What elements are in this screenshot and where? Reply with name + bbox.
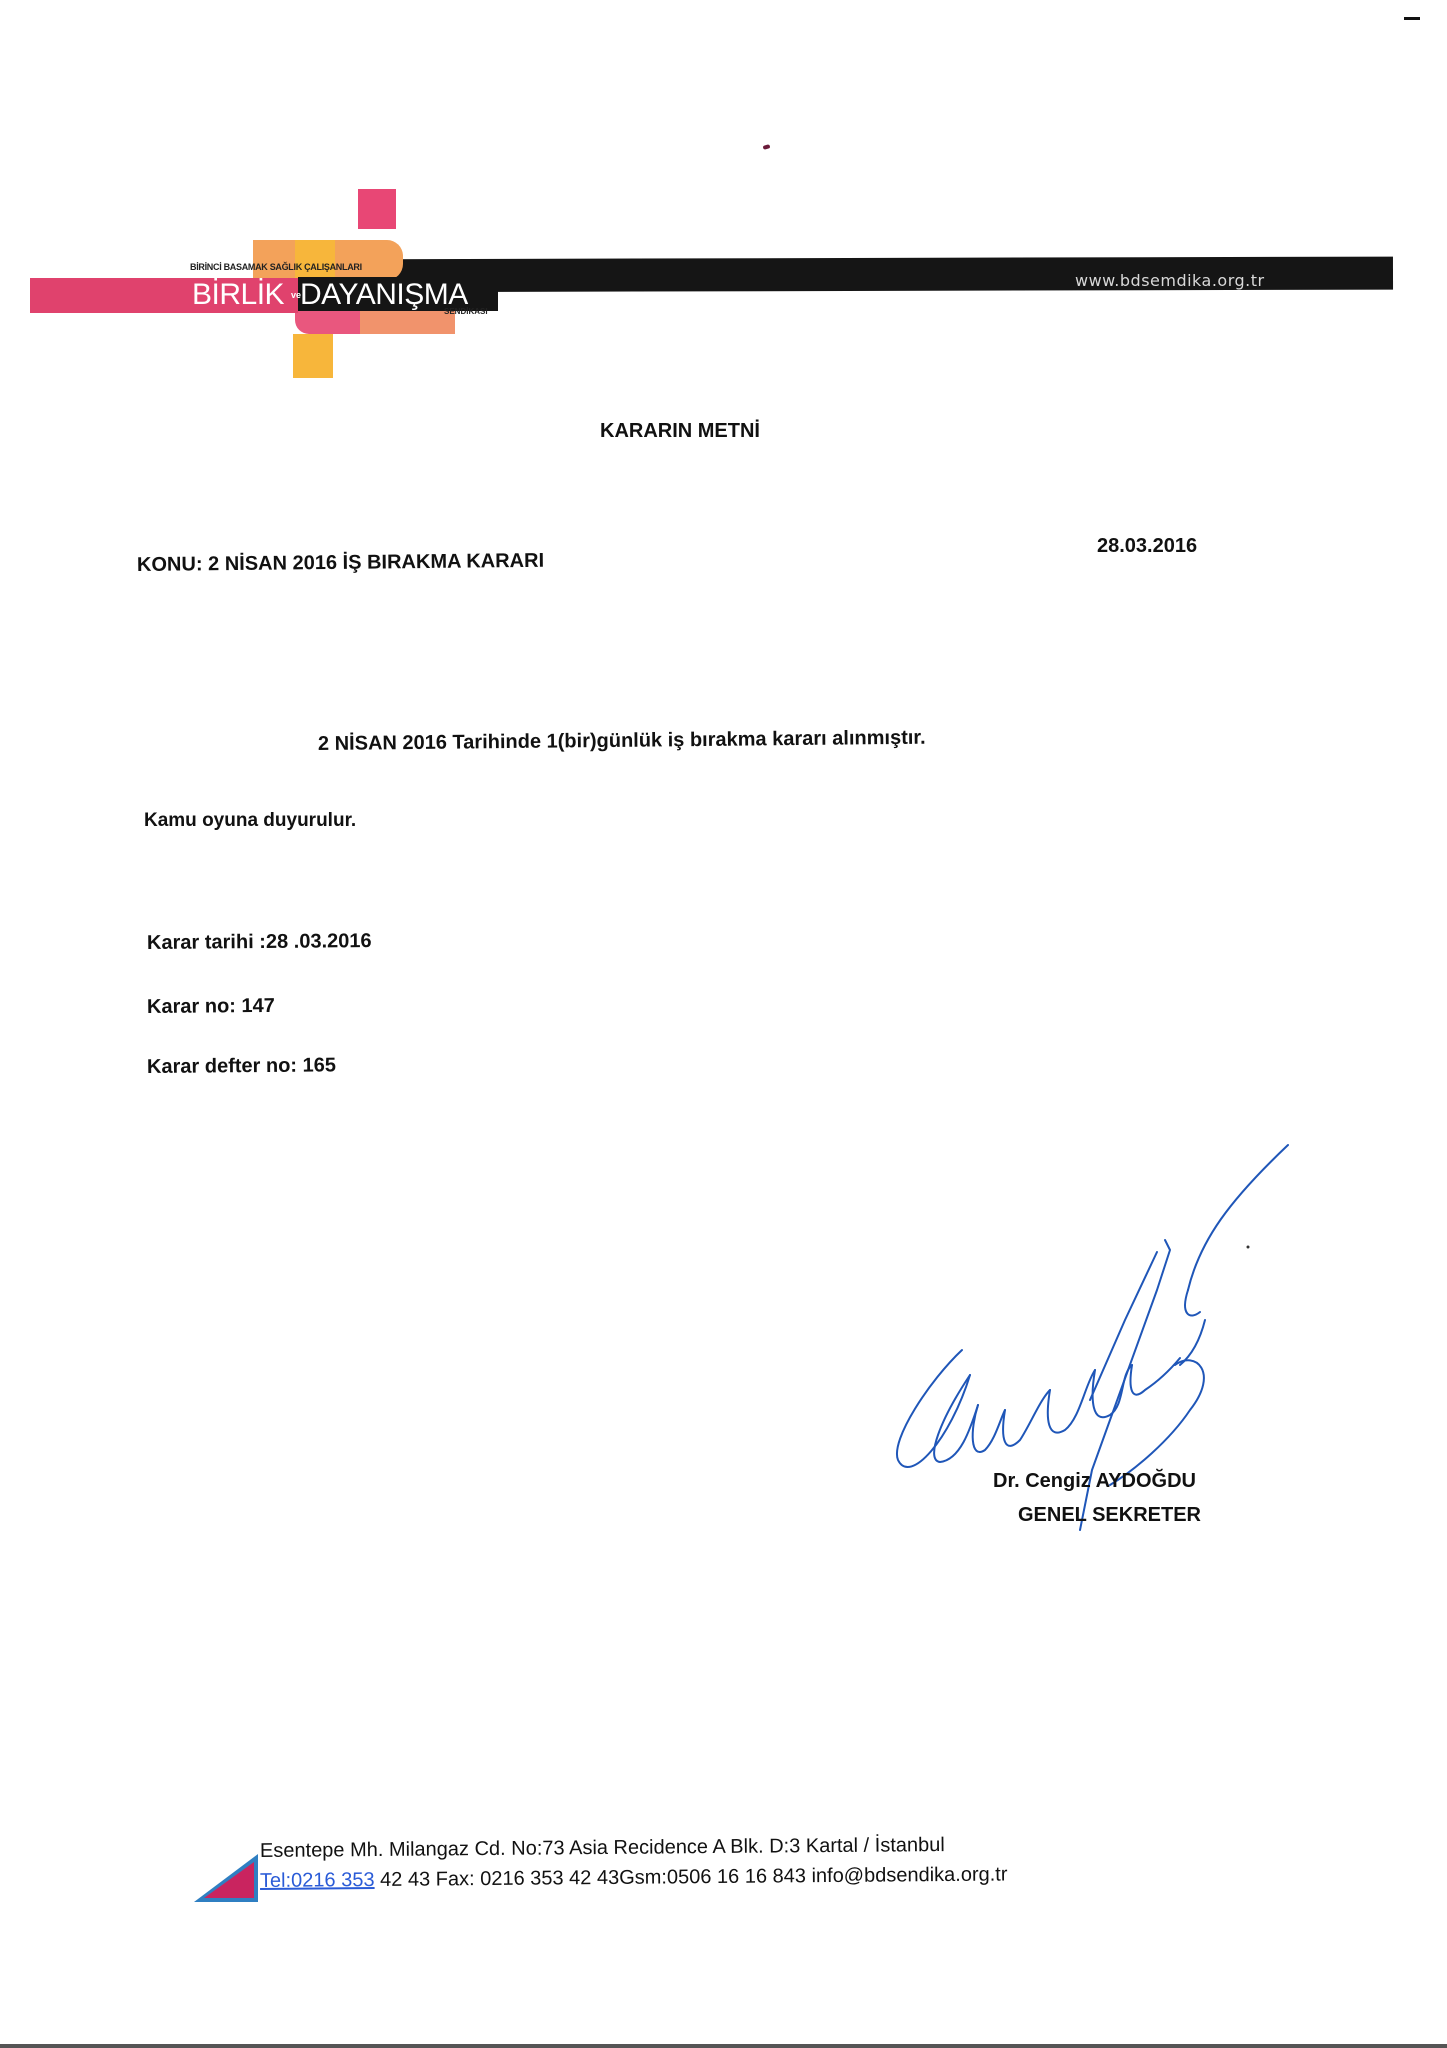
footer-address: Esentepe Mh. Milangaz Cd. No:73 Asia Rec…: [260, 1834, 945, 1863]
logo-org-top-line: BİRİNCİ BASAMAK SAĞLIK ÇALIŞANLARI: [190, 262, 362, 272]
subject-line: KONU: 2 NİSAN 2016 İŞ BIRAKMA KARARI: [137, 550, 544, 577]
website-text: www.bdsemdika.org.tr: [1075, 271, 1265, 290]
logo-yellow-block: [295, 240, 335, 280]
public-notice: Kamu oyuna duyurulur.: [144, 810, 356, 832]
logo-pink-block: [358, 189, 396, 229]
phone-link[interactable]: Tel:0216 353: [260, 1869, 375, 1892]
decision-book-number: Karar defter no: 165: [147, 1054, 336, 1079]
signer-title: GENEL SEKRETER: [1018, 1504, 1201, 1527]
scan-speck: [763, 144, 771, 150]
contact-details: 42 43 Fax: 0216 353 42 43Gsm:0506 16 16 …: [374, 1863, 1007, 1891]
logo-word-ve: ve: [291, 290, 301, 300]
logo-yellow-bottom: [293, 334, 333, 378]
footer-contact: Tel:0216 353 42 43 Fax: 0216 353 42 43Gs…: [260, 1863, 1008, 1893]
triangle-logo-icon: [192, 1852, 262, 1904]
document-date: 28.03.2016: [1097, 535, 1197, 558]
decision-date: Karar tarihi :28 .03.2016: [147, 930, 372, 955]
signer-name: Dr. Cengiz AYDOĞDU: [993, 1470, 1196, 1493]
logo-word-dayanisma: DAYANIŞMA: [300, 279, 468, 311]
logo-word-birlik: BİRLİK: [192, 279, 284, 311]
scan-mark: [1404, 17, 1420, 20]
decision-number: Karar no: 147: [147, 995, 275, 1019]
announcement-text: 2 NİSAN 2016 Tarihinde 1(bir)günlük iş b…: [318, 727, 926, 756]
document-title: KARARIN METNİ: [600, 420, 760, 443]
scan-bottom-edge: [0, 2044, 1447, 2048]
logo-org-bottom-line: SENDİKASI: [444, 307, 488, 316]
